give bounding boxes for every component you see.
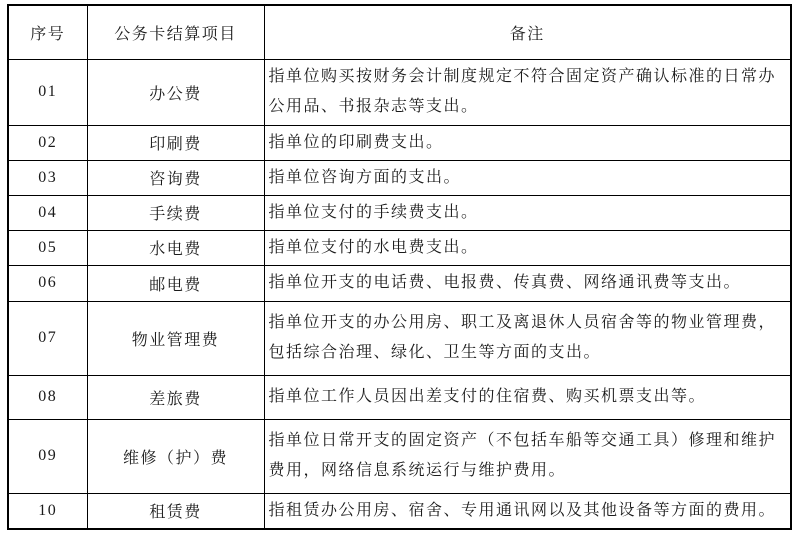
row-serial-number: 04 <box>8 195 87 230</box>
row-remark: 指单位工作人员因出差支付的住宿费、购买机票支出等。 <box>264 375 791 419</box>
row-settlement-item: 办公费 <box>87 59 264 125</box>
row-remark: 指单位开支的电话费、电报费、传真费、网络通讯费等支出。 <box>264 265 791 301</box>
row-serial-number: 03 <box>8 160 87 195</box>
table-row: 09 维修（护）费 指单位日常开支的固定资产（不包括车船等交通工具）修理和维护费… <box>8 419 791 493</box>
row-serial-number: 09 <box>8 419 87 493</box>
table-header: 序号 公务卡结算项目 备注 <box>8 5 791 59</box>
row-remark: 指单位支付的手续费支出。 <box>264 195 791 230</box>
table-row: 07 物业管理费 指单位开支的办公用房、职工及离退休人员宿舍等的物业管理费，包括… <box>8 301 791 375</box>
row-serial-number: 06 <box>8 265 87 301</box>
table-body: 01 办公费 指单位购买按财务会计制度规定不符合固定资产确认标准的日常办公用品、… <box>8 59 791 529</box>
row-settlement-item: 水电费 <box>87 230 264 265</box>
expense-settlement-table: 序号 公务卡结算项目 备注 01 办公费 指单位购买按财务会计制度规定不符合固定… <box>7 4 792 530</box>
table-row: 05 水电费 指单位支付的水电费支出。 <box>8 230 791 265</box>
row-settlement-item: 物业管理费 <box>87 301 264 375</box>
row-serial-number: 10 <box>8 493 87 529</box>
row-serial-number: 01 <box>8 59 87 125</box>
row-serial-number: 02 <box>8 125 87 160</box>
header-row: 序号 公务卡结算项目 备注 <box>8 5 791 59</box>
table-row: 10 租赁费 指租赁办公用房、宿舍、专用通讯网以及其他设备等方面的费用。 <box>8 493 791 529</box>
row-remark: 指单位购买按财务会计制度规定不符合固定资产确认标准的日常办公用品、书报杂志等支出… <box>264 59 791 125</box>
row-settlement-item: 差旅费 <box>87 375 264 419</box>
row-settlement-item: 邮电费 <box>87 265 264 301</box>
table-row: 03 咨询费 指单位咨询方面的支出。 <box>8 160 791 195</box>
row-remark: 指单位咨询方面的支出。 <box>264 160 791 195</box>
table-row: 06 邮电费 指单位开支的电话费、电报费、传真费、网络通讯费等支出。 <box>8 265 791 301</box>
document-page: 序号 公务卡结算项目 备注 01 办公费 指单位购买按财务会计制度规定不符合固定… <box>0 0 796 536</box>
row-remark: 指租赁办公用房、宿舍、专用通讯网以及其他设备等方面的费用。 <box>264 493 791 529</box>
row-remark: 指单位日常开支的固定资产（不包括车船等交通工具）修理和维护费用，网络信息系统运行… <box>264 419 791 493</box>
row-serial-number: 08 <box>8 375 87 419</box>
row-remark: 指单位支付的水电费支出。 <box>264 230 791 265</box>
row-settlement-item: 租赁费 <box>87 493 264 529</box>
row-settlement-item: 手续费 <box>87 195 264 230</box>
table-row: 01 办公费 指单位购买按财务会计制度规定不符合固定资产确认标准的日常办公用品、… <box>8 59 791 125</box>
row-serial-number: 07 <box>8 301 87 375</box>
table-row: 08 差旅费 指单位工作人员因出差支付的住宿费、购买机票支出等。 <box>8 375 791 419</box>
header-serial-number: 序号 <box>8 5 87 59</box>
row-remark: 指单位的印刷费支出。 <box>264 125 791 160</box>
row-settlement-item: 印刷费 <box>87 125 264 160</box>
row-serial-number: 05 <box>8 230 87 265</box>
header-remarks: 备注 <box>264 5 791 59</box>
row-remark: 指单位开支的办公用房、职工及离退休人员宿舍等的物业管理费，包括综合治理、绿化、卫… <box>264 301 791 375</box>
row-settlement-item: 维修（护）费 <box>87 419 264 493</box>
row-settlement-item: 咨询费 <box>87 160 264 195</box>
table-row: 02 印刷费 指单位的印刷费支出。 <box>8 125 791 160</box>
header-settlement-item: 公务卡结算项目 <box>87 5 264 59</box>
table-row: 04 手续费 指单位支付的手续费支出。 <box>8 195 791 230</box>
